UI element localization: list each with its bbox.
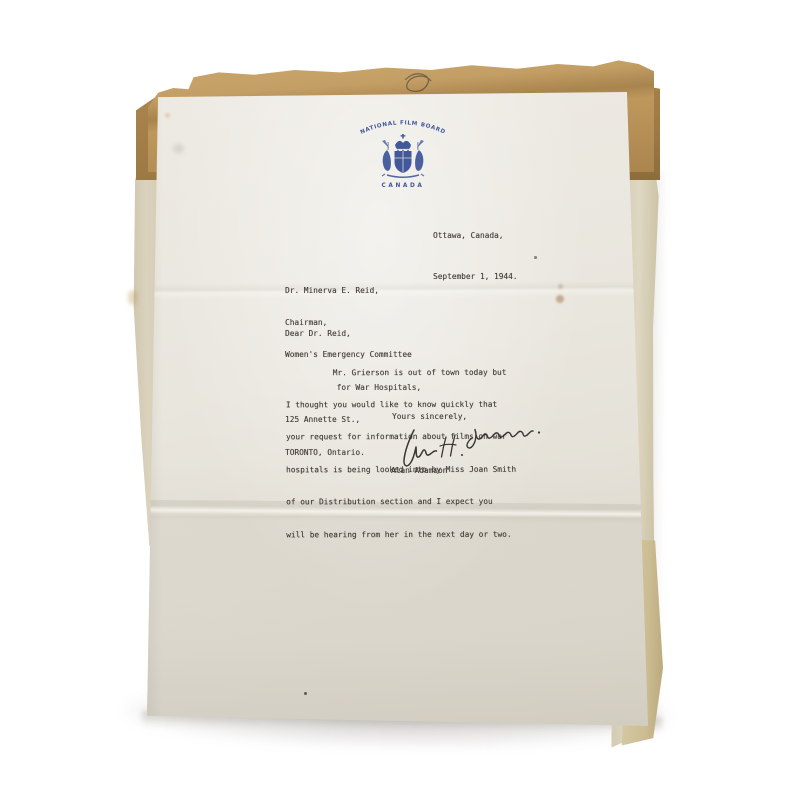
dateline-city: Ottawa, Canada,: [433, 229, 518, 243]
stain-spot: [128, 290, 137, 305]
stain-spot: [556, 295, 564, 303]
pencil-scribble-mark: [393, 56, 449, 100]
letter-sheet: NATIONAL FILM BOARD: [147, 92, 648, 726]
stain-spot: [304, 692, 307, 695]
body-line: of our Distribution section and I expect…: [286, 497, 516, 508]
photo-of-letter-stack: NATIONAL FILM BOARD: [0, 0, 800, 800]
body-line: Mr. Grierson is out of town today but: [286, 367, 516, 378]
recipient-line: Dr. Minerva E. Reid,: [285, 286, 421, 297]
recipient-line: Chairman,: [285, 318, 421, 329]
body-line: I thought you would like to know quickly…: [286, 400, 516, 411]
salutation: Dear Dr. Reid,: [285, 329, 351, 340]
stain-spot: [558, 284, 563, 289]
stain-spot: [165, 113, 170, 118]
stain-spot: [173, 144, 184, 153]
stain-spot: [534, 256, 537, 259]
typed-signature-name: Alan Adamson: [391, 466, 447, 477]
dateline: Ottawa, Canada, September 1, 1944.: [433, 202, 518, 311]
letterhead-country: CANADA: [363, 183, 443, 189]
dateline-date: September 1, 1944.: [433, 270, 518, 284]
body-line: will be hearing from her in the next day…: [286, 529, 516, 540]
coat-of-arms-icon: [373, 134, 433, 180]
